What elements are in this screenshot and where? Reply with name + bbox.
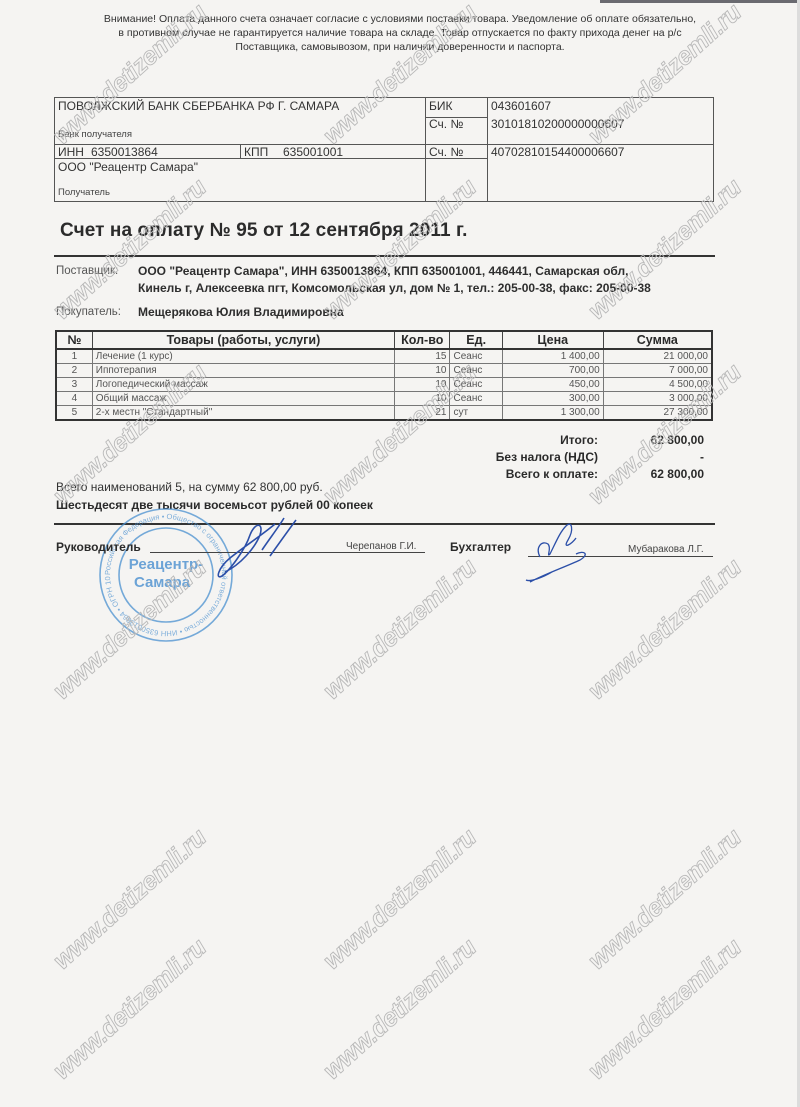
supplier-line-1: ООО "Реацентр Самара", ИНН 6350013864, К… xyxy=(138,263,629,280)
stamp-text: Реацентр- xyxy=(129,556,203,573)
row-quantity: 10 xyxy=(395,392,450,406)
row-price: 450,00 xyxy=(502,378,603,392)
row-goods-name: Логопедический массаж xyxy=(92,378,394,392)
items-count-summary: Всего наименований 5, на сумму 62 800,00… xyxy=(56,480,323,494)
col-unit: Ед. xyxy=(450,331,502,349)
row-goods-name: Лечение (1 курс) xyxy=(92,349,394,364)
col-number: № xyxy=(56,331,92,349)
accountant-signature xyxy=(500,512,610,592)
supplier-line-2: Кинель г, Алексеевка пгт, Комсомольская … xyxy=(138,280,651,297)
watermark-text: www.detizemli.ru xyxy=(316,552,484,707)
row-quantity: 10 xyxy=(395,364,450,378)
account-label: Сч. № xyxy=(429,145,463,159)
inn-value: 6350013864 xyxy=(91,145,158,159)
bank-name: ПОВОЛЖСКИЙ БАНК СБЕРБАНКА РФ Г. САМАРА xyxy=(58,99,339,113)
corr-account-value: 30101810200000000607 xyxy=(491,117,624,131)
row-number: 2 xyxy=(56,364,92,378)
total-label: Итого: xyxy=(440,433,598,447)
director-signature xyxy=(200,510,310,585)
total-row: Итого: 62 800,00 xyxy=(440,431,704,448)
grand-total-label: Всего к оплате: xyxy=(440,467,598,481)
table-row: 4Общий массаж10Сеанс300,003 000,00 xyxy=(56,392,712,406)
totals-block: Итого: 62 800,00 Без налога (НДС) - Всег… xyxy=(440,431,704,482)
table-row: 3Логопедический массаж10Сеанс450,004 500… xyxy=(56,378,712,392)
col-sum: Сумма xyxy=(603,331,712,349)
watermark-text: www.detizemli.ru xyxy=(581,932,749,1087)
inn-label: ИНН xyxy=(58,145,84,159)
watermark-text: www.detizemli.ru xyxy=(581,822,749,977)
row-unit: Сеанс xyxy=(450,392,502,406)
director-name: Черепанов Г.И. xyxy=(346,541,416,552)
watermark-text: www.detizemli.ru xyxy=(46,822,214,977)
row-number: 3 xyxy=(56,378,92,392)
stamp-text: Самара xyxy=(134,574,191,591)
row-goods-name: Иппотерапия xyxy=(92,364,394,378)
bik-label: БИК xyxy=(429,99,453,113)
watermark-text: www.detizemli.ru xyxy=(316,932,484,1087)
row-quantity: 21 xyxy=(395,406,450,421)
row-unit: сут xyxy=(450,406,502,421)
total-value: 62 800,00 xyxy=(598,433,704,447)
table-row: 52-х местн "Стандартный"21сут1 300,0027 … xyxy=(56,406,712,421)
row-quantity: 10 xyxy=(395,378,450,392)
watermark-text: www.detizemli.ru xyxy=(316,822,484,977)
kpp-value: 635001001 xyxy=(283,145,343,159)
row-sum: 21 000,00 xyxy=(603,349,712,364)
bank-label: Банк получателя xyxy=(58,129,132,140)
kpp-label: КПП xyxy=(244,145,268,159)
accountant-name: Мубаракова Л.Г. xyxy=(628,544,704,555)
director-label: Руководитель xyxy=(56,540,141,554)
vat-label: Без налога (НДС) xyxy=(440,450,598,464)
watermark-text: www.detizemli.ru xyxy=(46,932,214,1087)
col-goods: Товары (работы, услуги) xyxy=(92,331,394,349)
row-quantity: 15 xyxy=(395,349,450,364)
scan-edge xyxy=(600,0,800,3)
account-value: 40702810154400006607 xyxy=(491,145,624,159)
bank-details-block: ПОВОЛЖСКИЙ БАНК СБЕРБАНКА РФ Г. САМАРА Б… xyxy=(54,97,714,202)
table-row: 2Иппотерапия10Сеанс700,007 000,00 xyxy=(56,364,712,378)
row-sum: 27 300,00 xyxy=(603,406,712,421)
row-price: 300,00 xyxy=(502,392,603,406)
col-price: Цена xyxy=(502,331,603,349)
row-price: 700,00 xyxy=(502,364,603,378)
buyer-label: Покупатель: xyxy=(56,306,121,318)
bik-value: 043601607 xyxy=(491,99,551,113)
row-unit: Сеанс xyxy=(450,349,502,364)
invoice-page: Внимание! Оплата данного счета означает … xyxy=(0,0,800,1107)
vat-row: Без налога (НДС) - xyxy=(440,448,704,465)
table-row: 1Лечение (1 курс)15Сеанс1 400,0021 000,0… xyxy=(56,349,712,364)
recipient-label: Получатель xyxy=(58,187,110,198)
recipient-name: ООО "Реацентр Самара" xyxy=(58,160,198,174)
row-sum: 4 500,00 xyxy=(603,378,712,392)
row-sum: 7 000,00 xyxy=(603,364,712,378)
row-price: 1 300,00 xyxy=(502,406,603,421)
col-qty: Кол-во xyxy=(395,331,450,349)
supplier-label: Поставщик: xyxy=(56,265,118,277)
corr-account-label: Сч. № xyxy=(429,117,463,131)
invoice-title: Счет на оплату № 95 от 12 сентября 2011 … xyxy=(60,220,468,242)
row-unit: Сеанс xyxy=(450,364,502,378)
row-price: 1 400,00 xyxy=(502,349,603,364)
grand-total-row: Всего к оплате: 62 800,00 xyxy=(440,465,704,482)
payment-notice: Внимание! Оплата данного счета означает … xyxy=(100,12,700,54)
row-number: 5 xyxy=(56,406,92,421)
row-unit: Сеанс xyxy=(450,378,502,392)
row-number: 4 xyxy=(56,392,92,406)
row-goods-name: 2-х местн "Стандартный" xyxy=(92,406,394,421)
goods-table: № Товары (работы, услуги) Кол-во Ед. Цен… xyxy=(55,330,713,421)
goods-table-header: № Товары (работы, услуги) Кол-во Ед. Цен… xyxy=(56,331,712,349)
grand-total-value: 62 800,00 xyxy=(598,467,704,481)
title-divider xyxy=(54,255,715,257)
row-goods-name: Общий массаж xyxy=(92,392,394,406)
buyer-name: Мещерякова Юлия Владимировна xyxy=(138,304,344,321)
row-number: 1 xyxy=(56,349,92,364)
row-sum: 3 000,00 xyxy=(603,392,712,406)
vat-value: - xyxy=(598,450,704,464)
